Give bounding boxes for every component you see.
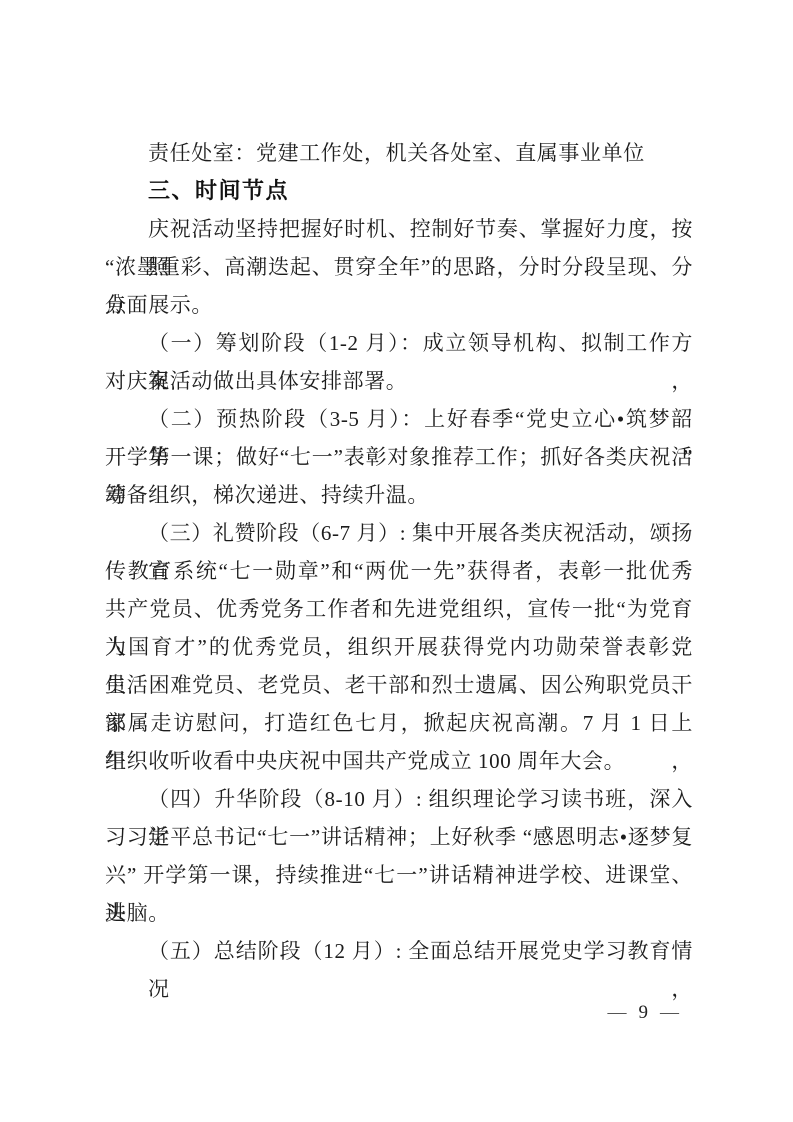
text-line: 开学第一课；做好“七一”表彰对象推荐工作；抓好各类庆祝活动 [105,438,693,476]
page-number-value: 9 [639,1002,651,1023]
text-line: 筹备组织，梯次递进、持续升温。 [105,476,693,514]
text-line: （三）礼赞阶段（6-7 月）: 集中开展各类庆祝活动，颂扬宣 [105,514,693,552]
document-body: 责任处室：党建工作处，机关各处室、直属事业单位 三、时间节点 庆祝活动坚持把握好… [105,134,693,970]
text-line: （四）升华阶段（8-10 月）: 组织理论学习读书班，深入学 [105,780,693,818]
text-line: 分面展示。 [105,286,693,324]
text-line: 责任处室：党建工作处，机关各处室、直属事业单位 [105,134,693,172]
text-line: 组织收听收看中央庆祝中国共产党成立 100 周年大会。 [105,742,693,780]
page-number-dash-left: — [608,1002,629,1023]
text-line: 传教育系统“七一勋章”和“两优一先”获得者，表彰一批优秀 [105,552,693,590]
text-line: （二）预热阶段（3-5 月）：上好春季“党史立心•筑梦韶华” [105,400,693,438]
page-number-dash-right: — [660,1002,681,1023]
text-line: 共产党员、优秀党务工作者和先进党组织，宣传一批“为党育人、 [105,590,693,628]
text-line: 习习近平总书记“七一”讲话精神；上好秋季 “感恩明志•逐梦复 [105,818,693,856]
page-number: —9— [608,1002,682,1024]
text-line: 家属走访慰问，打造红色七月，掀起庆祝高潮。7 月 1 日上午， [105,704,693,742]
text-line: 为国育才”的优秀党员，组织开展获得党内功勋荣誉表彰党员、 [105,628,693,666]
text-line: “浓墨重彩、高潮迭起、贯穿全年”的思路，分时分段呈现、分点 [105,248,693,286]
text-line: 兴” 开学第一课，持续推进“七一”讲话精神进学校、进课堂、进 [105,856,693,894]
text-line: 头脑。 [105,894,693,932]
document-page: 责任处室：党建工作处，机关各处室、直属事业单位 三、时间节点 庆祝活动坚持把握好… [0,0,793,1122]
text-line: 生活困难党员、老党员、老干部和烈士遗属、因公殉职党员干部 [105,666,693,704]
section-heading: 三、时间节点 [105,172,693,210]
text-line: 庆祝活动坚持把握好时机、控制好节奏、掌握好力度，按照 [105,210,693,248]
text-line: （一）筹划阶段（1-2 月）：成立领导机构、拟制工作方案， [105,324,693,362]
text-line: （五）总结阶段（12 月）: 全面总结开展党史学习教育情况， [105,932,693,970]
